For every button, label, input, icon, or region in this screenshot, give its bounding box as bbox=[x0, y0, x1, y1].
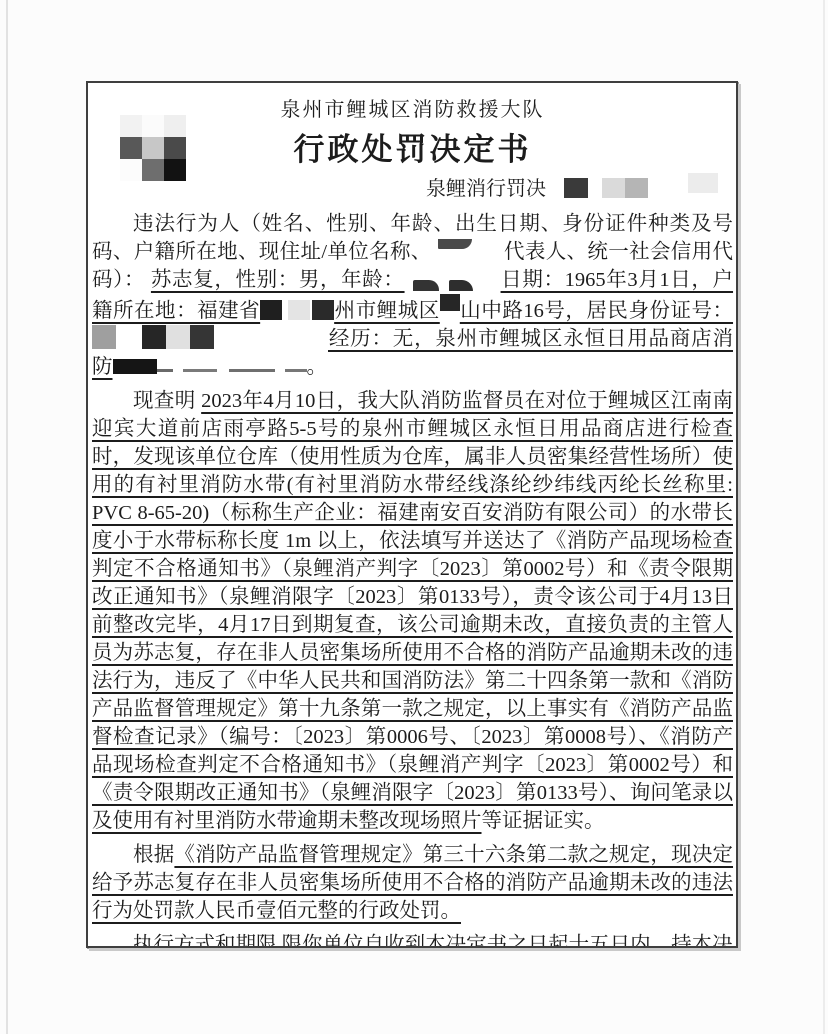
facts-fill: 2023年4月10日，我大队消防监督员在对位于鲤城区江南南迎宾大道前店雨亭路5-… bbox=[92, 390, 733, 832]
mosaic-tile bbox=[142, 137, 164, 159]
redaction-block bbox=[113, 359, 157, 374]
execution-label: 执行方式和期限 bbox=[133, 934, 282, 948]
mosaic-tile bbox=[164, 137, 186, 159]
document-page: 泉州市鲤城区消防救援大队 行政处罚决定书 泉鲤消行罚决 违法行为人（姓名、性别、… bbox=[86, 81, 738, 948]
redaction-mosaic-stamp bbox=[120, 115, 186, 181]
facts-label: 现查明 bbox=[133, 390, 201, 412]
scan-edge-line-left bbox=[6, 0, 8, 1034]
redaction-block bbox=[405, 267, 501, 289]
decision-fill: 《消防产品监督管理规定》第三十六条第二款之规定，现决定给予苏志复存在非人员密集场… bbox=[92, 844, 733, 922]
doc-number-prefix: 泉鲤消行罚决 bbox=[426, 178, 546, 200]
mosaic-tile bbox=[120, 137, 142, 159]
offender-address-a: 州市鲤城区 bbox=[334, 300, 440, 322]
redaction-block bbox=[688, 173, 718, 193]
facts-tail: 等证据证实。 bbox=[482, 810, 605, 832]
scan-edge-line-right bbox=[823, 0, 825, 1034]
paragraph-execution: 执行方式和期限 限你单位自收到本决定书之日起十五日内，持本决 bbox=[92, 931, 733, 948]
mosaic-tile bbox=[142, 159, 164, 181]
paragraph-decision: 根据《消防产品监督管理规定》第三十六条第二款之规定，现决定给予苏志复存在非人员密… bbox=[92, 841, 733, 925]
redaction-remnant bbox=[157, 360, 307, 374]
document-content: 泉州市鲤城区消防救援大队 行政处罚决定书 泉鲤消行罚决 违法行为人（姓名、性别、… bbox=[88, 83, 736, 948]
paragraph-facts: 现查明 2023年4月10日，我大队消防监督员在对位于鲤城区江南南迎宾大道前店雨… bbox=[92, 387, 733, 835]
redaction-block bbox=[288, 300, 310, 320]
org-title: 泉州市鲤城区消防救援大队 bbox=[92, 95, 733, 125]
document-body: 违法行为人（姓名、性别、年龄、出生日期、身份证件种类及号码、户籍所在地、现住址/… bbox=[92, 210, 733, 948]
decision-label: 根据 bbox=[133, 844, 174, 866]
redaction-block bbox=[260, 300, 282, 320]
redaction-block bbox=[564, 178, 588, 198]
redaction-block bbox=[602, 178, 648, 198]
mosaic-tile bbox=[120, 115, 142, 137]
doc-title: 行政处罚决定书 bbox=[92, 129, 733, 171]
page: { "colors": { "page_bg": "#fcfcfc", "pap… bbox=[0, 0, 828, 1034]
offender-name: 苏志复，性别：男，年龄： bbox=[151, 269, 405, 291]
execution-fill: 限你单位自收到本决定书之日起十五日内，持本决 bbox=[282, 934, 733, 948]
offender-address-b: 山中路16号，居民身份证号： bbox=[460, 300, 733, 322]
offender-tail: 。 bbox=[307, 356, 328, 378]
mosaic-tile bbox=[164, 159, 186, 181]
redaction-block bbox=[432, 239, 504, 261]
redaction-mosaic-strip bbox=[92, 325, 328, 349]
mosaic-tile bbox=[120, 159, 142, 181]
doc-number-line: 泉鲤消行罚决 bbox=[92, 173, 733, 202]
mosaic-tile bbox=[164, 115, 186, 137]
redaction-block bbox=[440, 294, 460, 311]
paragraph-offender: 违法行为人（姓名、性别、年龄、出生日期、身份证件种类及号码、户籍所在地、现住址/… bbox=[92, 210, 733, 381]
mosaic-tile bbox=[142, 115, 164, 137]
redaction-block bbox=[312, 300, 334, 320]
